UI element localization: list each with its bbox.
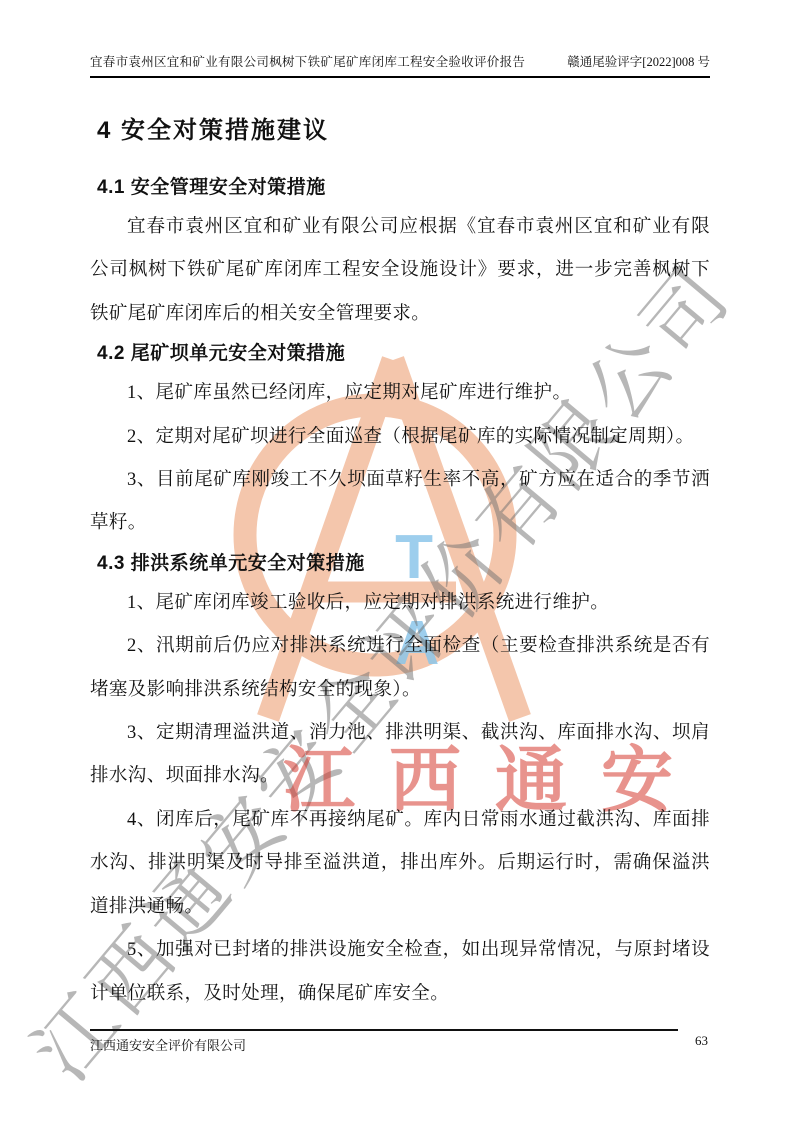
paragraph: 宜春市袁州区宜和矿业有限公司应根据《宜春市袁州区宜和矿业有限公司枫树下铁矿尾矿库…: [90, 206, 710, 336]
chapter-title: 4 安全对策措施建议: [97, 116, 710, 146]
header-doc-number: 赣通尾验评字[2022]008 号: [567, 52, 710, 70]
page-number: 63: [695, 1033, 708, 1049]
document-body: 4 安全对策措施建议 4.1 安全管理安全对策措施 宜春市袁州区宜和矿业有限公司…: [90, 108, 710, 1016]
footer-company: 江西通安安全评价有限公司: [90, 1035, 710, 1054]
paragraph: 1、尾矿库闭库竣工验收后，应定期对排洪系统进行维护。: [90, 582, 710, 625]
paragraph: 2、定期对尾矿坝进行全面巡查（根据尾矿库的实际情况制定周期）。: [90, 416, 710, 459]
paragraph: 5、加强对已封堵的排洪设施安全检查，如出现异常情况，与原封堵设计单位联系，及时处…: [90, 929, 710, 1016]
page-footer: 江西通安安全评价有限公司 63: [90, 1029, 710, 1054]
paragraph: 3、目前尾矿库刚竣工不久坝面草籽生率不高，矿方应在适合的季节洒草籽。: [90, 459, 710, 546]
section-heading-4-3: 4.3 排洪系统单元安全对策措施: [97, 552, 710, 576]
page-header: 宜春市袁州区宜和矿业有限公司枫树下铁矿尾矿库闭库工程安全验收评价报告 赣通尾验评…: [90, 52, 710, 78]
header-report-title: 宜春市袁州区宜和矿业有限公司枫树下铁矿尾矿库闭库工程安全验收评价报告: [90, 52, 525, 70]
paragraph: 3、定期清理溢洪道、消力池、排洪明渠、截洪沟、库面排水沟、坝肩排水沟、坝面排水沟…: [90, 712, 710, 799]
section-heading-4-2: 4.2 尾矿坝单元安全对策措施: [97, 342, 710, 366]
footer-rule: [90, 1029, 678, 1031]
section-heading-4-1: 4.1 安全管理安全对策措施: [97, 176, 710, 200]
document-page: T A 江西通安安全评价有限公司 江西通安 宜春市袁州区宜和矿业有限公司枫树下铁…: [0, 0, 800, 1131]
paragraph: 1、尾矿库虽然已经闭库，应定期对尾矿库进行维护。: [90, 372, 710, 415]
paragraph: 2、汛期前后仍应对排洪系统进行全面检查（主要检查排洪系统是否有堵塞及影响排洪系统…: [90, 625, 710, 712]
paragraph: 4、闭库后，尾矿库不再接纳尾矿。库内日常雨水通过截洪沟、库面排水沟、排洪明渠及时…: [90, 799, 710, 929]
